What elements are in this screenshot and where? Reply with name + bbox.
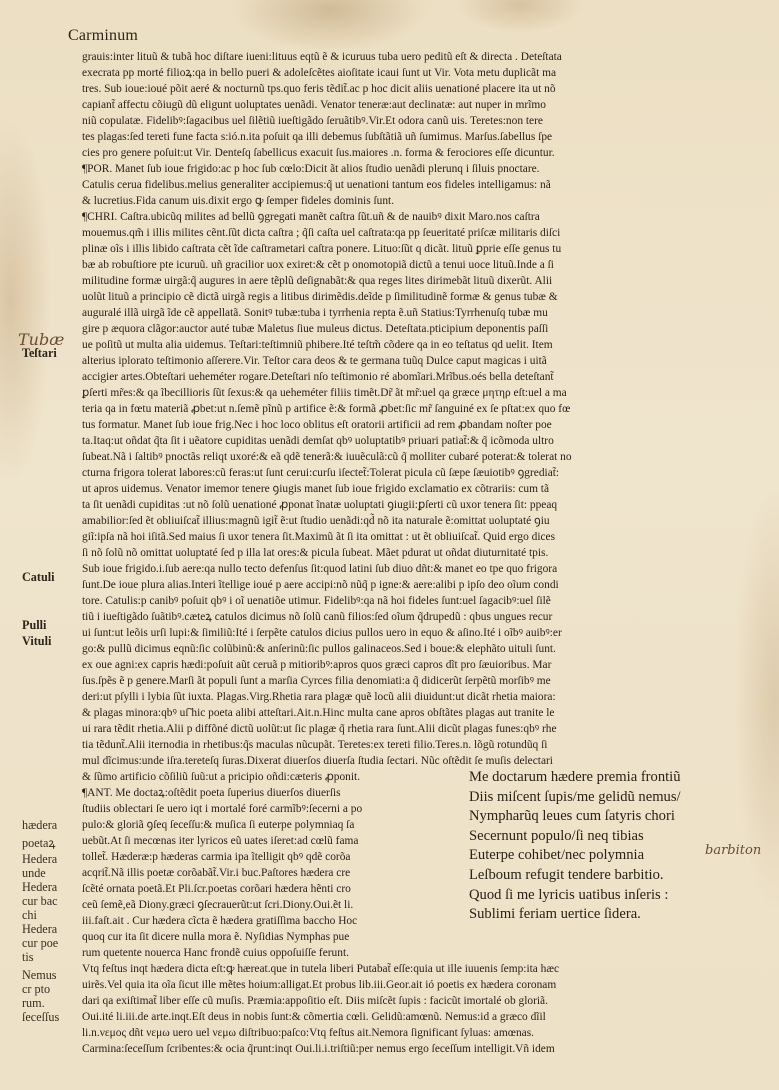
text-line: tiũ i iueſtigãdo ſuãtibꝰ.cæteꝝ catulos d…: [82, 609, 766, 625]
margin-note-line: cur bac: [22, 894, 58, 908]
text-line: ta.Itaq:ut oñdat q̃ta ſit i uẽatore cupi…: [82, 433, 766, 449]
running-head: Carminum: [68, 27, 138, 45]
text-line: uirẽs.Vel quia ita oĩa ſicut ille mẽtes …: [82, 977, 766, 993]
verse-line: Me doctarum hædere premia frontiũ: [469, 768, 769, 788]
text-line: ceũ ſemẽ,eã Diony.græci ꝯſecrauerũt:ut ſ…: [82, 897, 467, 913]
margin-note-catuli: Catuli: [22, 570, 55, 584]
text-line: alterius iplorato teſtimonio aſſerere.Vi…: [82, 353, 766, 369]
margin-note-line: Hedera: [22, 922, 58, 936]
text-line: Vtq feſtus inqt hædera dicta eſt:ꝙ hærea…: [82, 961, 766, 977]
margin-note-hedera-unde: Hedera unde: [22, 852, 57, 880]
margin-note-line: rum.: [22, 996, 59, 1010]
verse-line: Sublimi feriam uertice ſidera.: [469, 905, 769, 925]
text-line: capiant̃ affectu cõiugũ dũ eligunt uolup…: [82, 97, 766, 113]
text-line: ex oue agni:ex capris hædi:poſuit aũt ce…: [82, 657, 766, 673]
text-line: Sub ioue frigido.i.ſub aere:qa nullo tec…: [82, 561, 766, 577]
margin-note-line: unde: [22, 866, 57, 880]
text-line: ¶ANT. Me doctaꝝ:oſtẽdit poeta ſuperius d…: [82, 785, 467, 801]
verse-line: Nympharũq leues cum ſatyris chori: [469, 807, 769, 827]
margin-note-hedera-cur-poetis: Hedera cur poe tis: [22, 922, 58, 964]
verse-line: Diis miſcent ſupis/me gelidũ nemus/: [469, 788, 769, 808]
text-line: ¶CHRI. Caſtra.ubicũq milites ad bellũ ꝯg…: [82, 209, 766, 225]
text-line: militudine formæ uirgã:q̃ augures in aer…: [82, 273, 766, 289]
margin-note-pulli: Pulli: [22, 618, 46, 632]
text-line: ui ſunt:ut leõis urſi lupi:& ſimiliũ:Ité…: [82, 625, 766, 641]
text-line: & plagas minora:qbꝰ uſ̃ hic poeta alibi …: [82, 705, 766, 721]
margin-note-line: Hedera: [22, 880, 58, 894]
text-line: cturna frigora tolerat labores:cũ feras:…: [82, 465, 766, 481]
text-line: li.n.νεμος dñt νεμω uero uel νεμω diſtri…: [82, 1025, 766, 1041]
margin-note-line: poetaꝝ: [22, 836, 57, 850]
margin-note-line: cr pto: [22, 982, 59, 996]
text-line: ſcẽté ornata poetã.Et Pli.ſcr.poetas cor…: [82, 881, 467, 897]
text-line: teria qa in fœtu materiã ꝓbet:ut n.ſemẽ …: [82, 401, 766, 417]
text-line: go:& pullũ dicimus eqnũ:ſic colũbinũ:& a…: [82, 641, 766, 657]
verse-line: Quod ſi me lyricis uatibus inſeris :: [469, 886, 769, 906]
text-line: iii.faſt.ait . Cur hædera cĩcta ẽ hædera…: [82, 913, 467, 929]
margin-note-vituli: Vituli: [22, 634, 51, 648]
text-line: Carmina:ſeceſſum ſcribentes:& ocia q̃run…: [82, 1041, 766, 1057]
book-page: Carminum Tubæ Teſtari Catuli Pulli Vitul…: [0, 0, 779, 1090]
margin-note-haedera-poetarum: hædera poetaꝝ: [22, 818, 57, 850]
text-line: cies pro genere poſuit:ut Vir. Denteſq ſ…: [82, 145, 766, 161]
text-line: deri:ut pſylli i lybia ſũt iuxta. Plagas…: [82, 689, 766, 705]
margin-note-line: ſeceſſus: [22, 1010, 59, 1024]
text-line: tes plagas:ſed tereti fune facta s:ió.n.…: [82, 129, 766, 145]
text-line: execrata pp morté filioꝝ:qa in bello pue…: [82, 65, 766, 81]
text-line: rum quetente nouerca Hanc frondẽ cuius o…: [82, 945, 467, 961]
text-line: mul dĩcimus:unde iſra.tereteſq ſuras.Dix…: [82, 753, 766, 769]
margin-note-line: cur poe: [22, 936, 58, 950]
text-line: plinæ oĩs i illis libido caſtrata cẽt ĩd…: [82, 241, 766, 257]
text-line: mouemus.qm̃ i illis milites cẽnt.ſũt dic…: [82, 225, 766, 241]
text-line: tus formatur. Manet ſub ioue frig.Nec i …: [82, 417, 766, 433]
text-line: bæ ab robuſtiore pte icuruũ. uñ gracilio…: [82, 257, 766, 273]
margin-note-hedera-cur-bacchi: Hedera cur bac chi: [22, 880, 58, 922]
text-line: ſtudiis oblectari ſe uero iqt i mortalé …: [82, 801, 467, 817]
text-line: tia tẽdunt̃.Alii iternodia in rhetibus:q…: [82, 737, 766, 753]
text-line: ¶POR. Manet ſub ioue frigido:ac p hoc ſu…: [82, 161, 766, 177]
text-line: uolũt lituũ a principio cẽ dictã uirgã r…: [82, 289, 766, 305]
text-line: ui rara tẽdit rhetia.Alii p diffõné dict…: [82, 721, 766, 737]
text-line: pulo:& gloriã ꝯſeq ſeceſſu:& muſica ſi e…: [82, 817, 467, 833]
margin-note-nemus: Nemus cr pto rum. ſeceſſus: [22, 968, 59, 1024]
text-line: ta ſit uenãdi cupiditas :ut nõ ſolũ uena…: [82, 497, 766, 513]
text-line: ue poſitũ ut multa alia uidemus. Teſtari…: [82, 337, 766, 353]
text-line: & lucretius.Fida canum uis.dixit ergo ꝙ …: [82, 193, 766, 209]
text-line: ꝑſerti mr̃es:& qa ĩbecillioris ſũt ſexus…: [82, 385, 766, 401]
text-line: ſubeat.Nã i ſaltibꝰ pnoctãs reliqt uxoré…: [82, 449, 766, 465]
margin-note-line: Nemus: [22, 968, 59, 982]
margin-note-testari: Teſtari: [22, 346, 57, 360]
text-line: ſunt.De ioue plura alias.Interi ĩtellige…: [82, 577, 766, 593]
text-line: accigier artes.Obteſtari ueheméter rogar…: [82, 369, 766, 385]
text-line: giĩ:ipſa nã hoi iſitã.Sed maius ſi uxor …: [82, 529, 766, 545]
margin-note-line: Hedera: [22, 852, 57, 866]
text-line: Oui.ité li.iii.de arte.inqt.Eſt deus in …: [82, 1009, 766, 1025]
margin-note-line: chi: [22, 908, 58, 922]
text-line: tore. Catulis:p canibꝰ poſuit qbꝰ i oĩ u…: [82, 593, 766, 609]
margin-note-line: hædera: [22, 818, 57, 832]
handwritten-verse-gloss: barbiton: [705, 843, 761, 858]
text-line: ut apros uidemus. Venator imemor tenere …: [82, 481, 766, 497]
text-line: dari qa exiſtimat̃ liber eſſe cũ muſis. …: [82, 993, 766, 1009]
text-line: tres. Sub ioue:ioué põit aeré & nocturnũ…: [82, 81, 766, 97]
text-line: ſi nõ ſolũ nõ omittat uoluptaté ſed p il…: [82, 545, 766, 561]
text-line: uebũt.At ſi mecœnas iter lyricos eũ uate…: [82, 833, 467, 849]
text-line: Catulis cerua fidelibus.melius generalit…: [82, 177, 766, 193]
text-line: amabilior:ſed ẽt obliuiſcat̃ illius:magn…: [82, 513, 766, 529]
text-line: auguralé illã uirgã ĩde cẽ appellatã. So…: [82, 305, 766, 321]
text-line: niũ copulatæ. Fidelibꝰ:ſagacibus uel ſil…: [82, 113, 766, 129]
text-line: tollet̃. Hæderæ:p hæderas carmia ipa ĩte…: [82, 849, 467, 865]
text-line: gire p æquora clãgor:auctor auté tubæ Ma…: [82, 321, 766, 337]
text-line: grauis:inter lituũ & tubã hoc diſtare iu…: [82, 49, 766, 65]
text-line: acqrit̃.Nã illis poetæ corõabãt̃.Vir.i b…: [82, 865, 467, 881]
text-line: ſus.ſpẽs ẽ p genere.Marſi ãt populi ſunt…: [82, 673, 766, 689]
text-line: quoq cur ita ſit dicere nulla mora ẽ. Ny…: [82, 929, 467, 945]
verse-line: Leſboum refugit tendere barbitio.: [469, 866, 769, 886]
margin-note-line: tis: [22, 950, 58, 964]
